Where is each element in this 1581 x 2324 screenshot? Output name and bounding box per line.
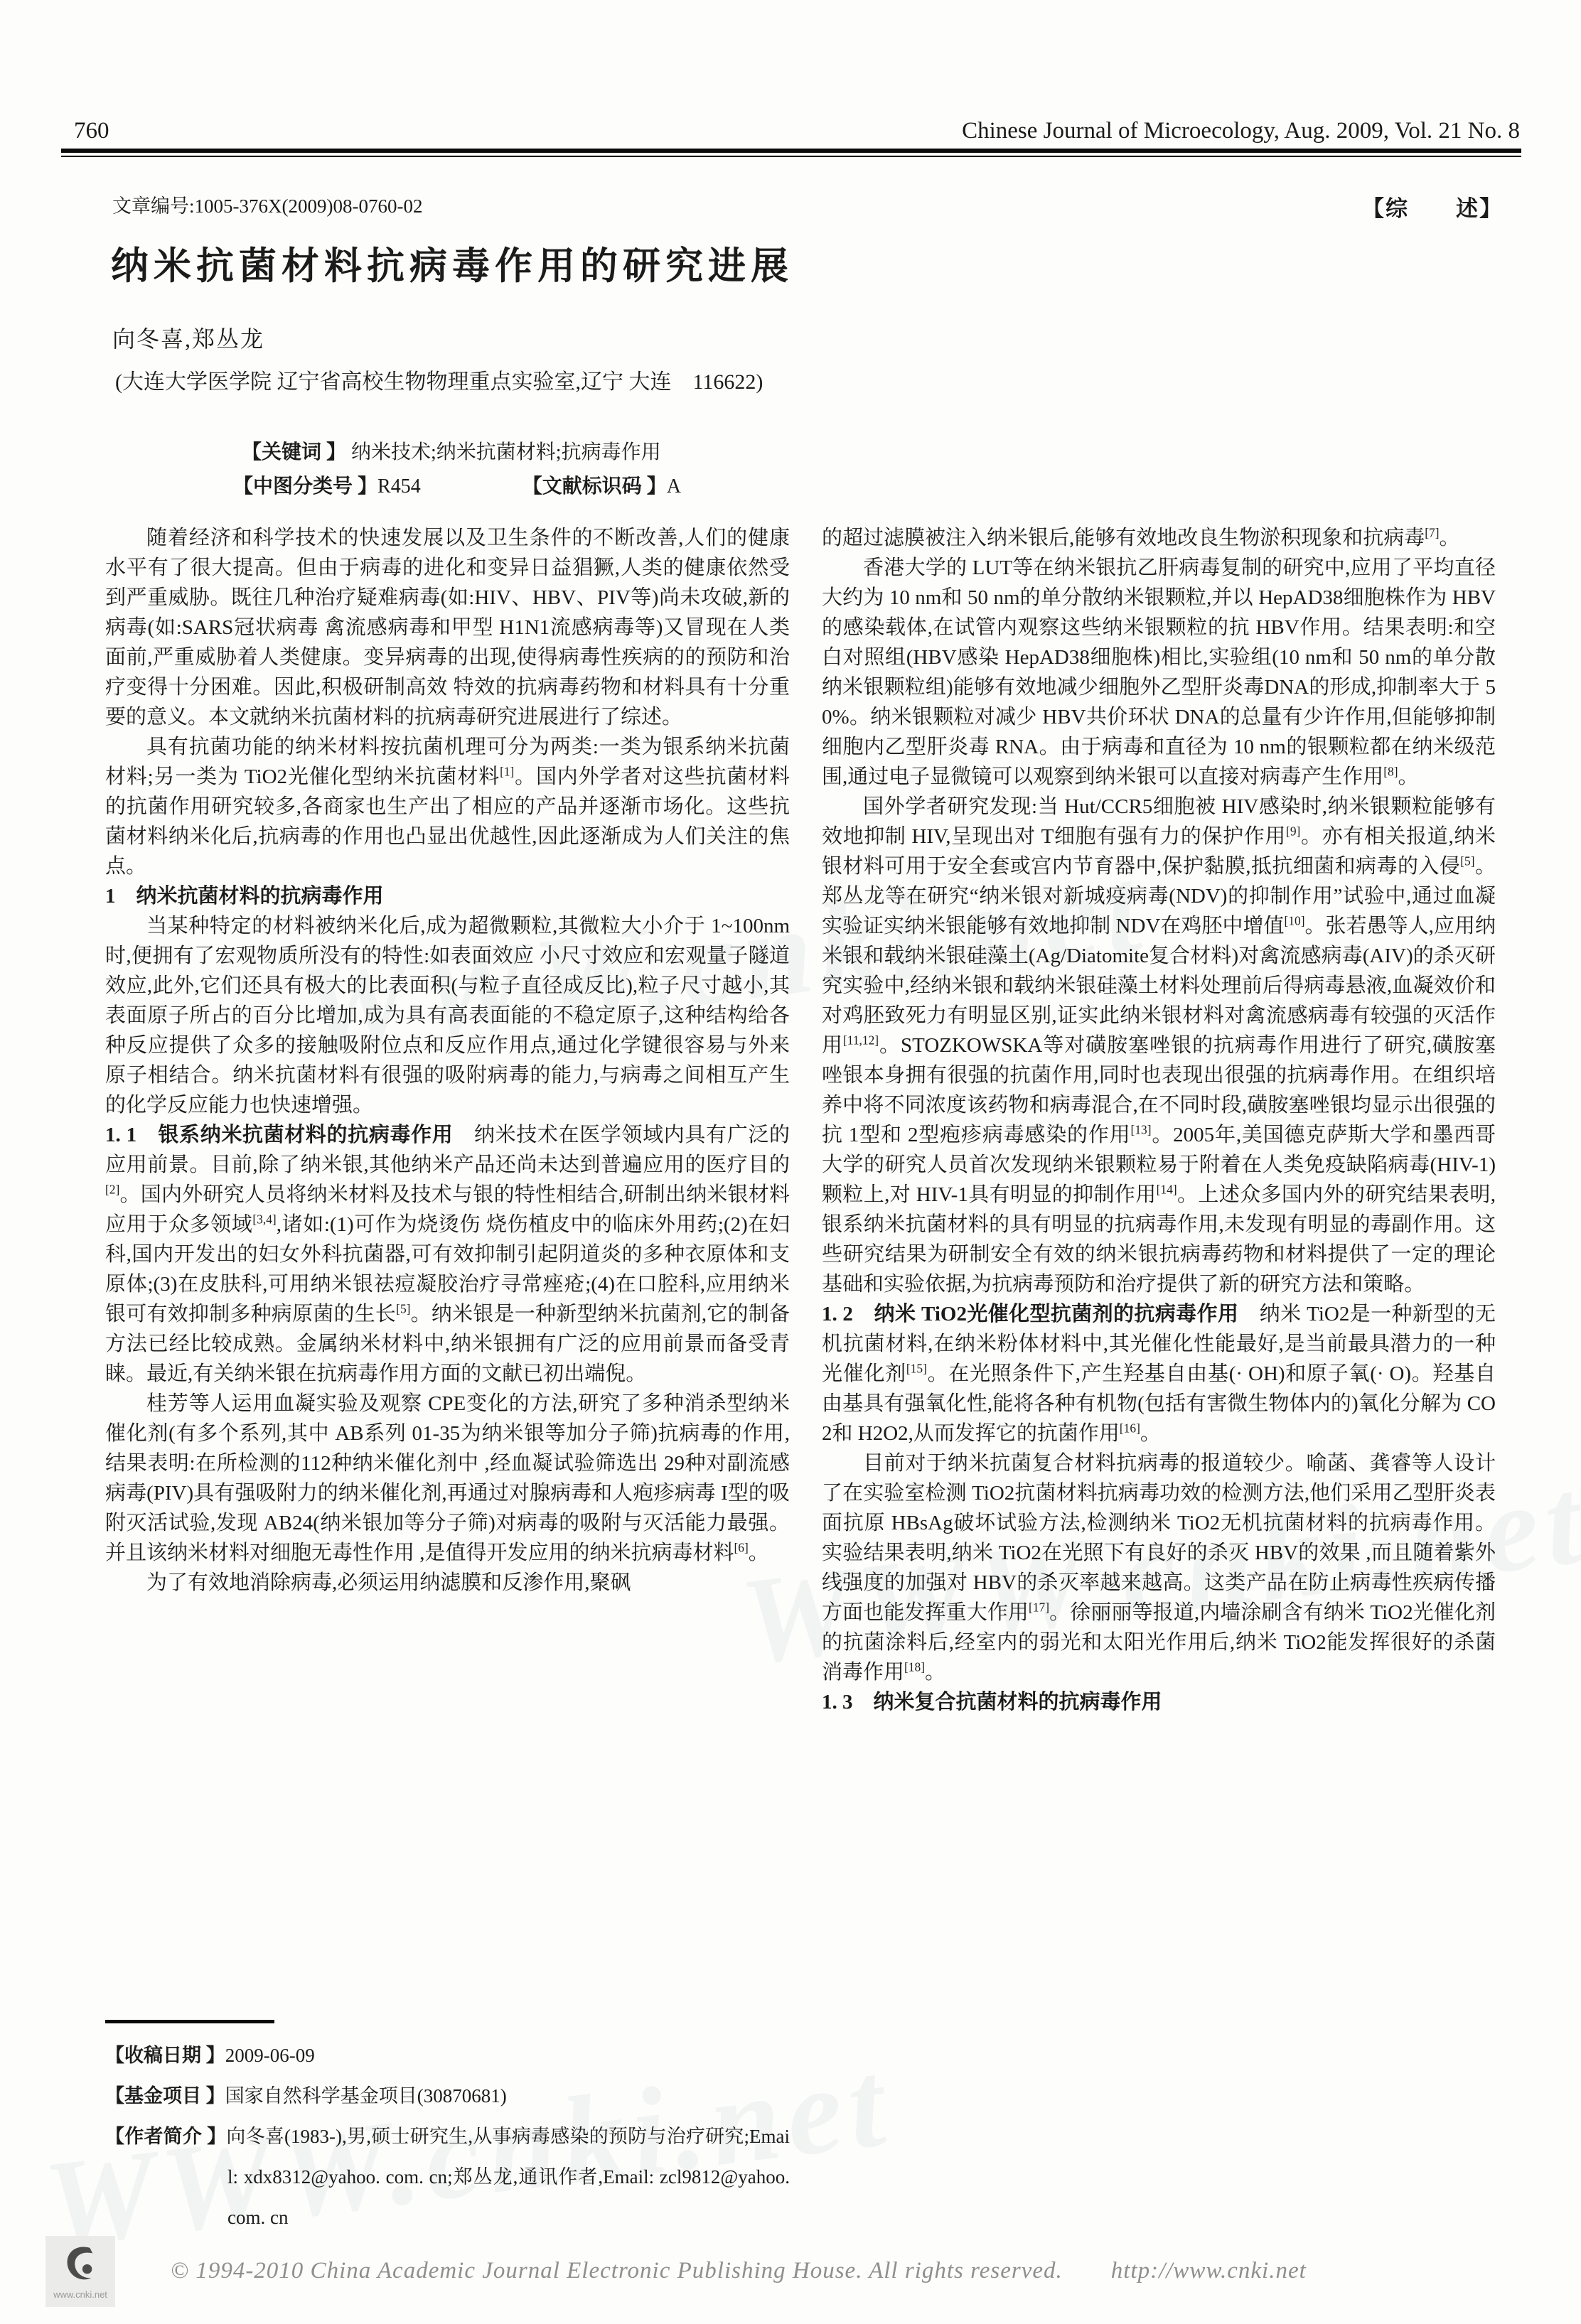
keywords-text: 纳米技术;纳米抗菌材料;抗病毒作用 bbox=[351, 441, 661, 463]
footnote-bio: 【作者简介 】向冬喜(1983-),男,硕士研究生,从事病毒感染的预防与治疗研究… bbox=[105, 2116, 790, 2238]
clc-label: 【中图分类号 】 bbox=[233, 475, 377, 497]
paragraph-text: 纳米技术在医学领域内具有广泛的应用前景。目前,除了纳米银,其他纳米产品还尚未达到… bbox=[105, 1124, 790, 1385]
keywords-label: 【关键词 】 bbox=[242, 441, 346, 463]
left-column: 随着经济和科学技术的快速发展以及卫生条件的不断改善,人们的健康水平有了很大提高。… bbox=[105, 523, 790, 1598]
doc-code-value: A bbox=[667, 475, 681, 497]
paragraph: 1. 2 纳米 TiO2光催化型抗菌剂的抗病毒作用 纳米 TiO2是一种新型的无… bbox=[822, 1299, 1496, 1448]
footnote-received: 【收稿日期 】2009-06-09 bbox=[105, 2035, 790, 2076]
received-date-value: 2009-06-09 bbox=[225, 2045, 315, 2066]
meta-row: 文章编号:1005-376X(2009)08-0760-02 【综 述】 bbox=[112, 190, 1503, 222]
footnote-fund: 【基金项目 】国家自然科学基金项目(30870681) bbox=[105, 2076, 790, 2116]
paragraph: 香港大学的 LUT等在纳米银抗乙肝病毒复制的研究中,应用了平均直径大约为 10 … bbox=[822, 553, 1496, 792]
section-heading-1-3: 1. 3 纳米复合抗菌材料的抗病毒作用 bbox=[822, 1687, 1496, 1717]
right-column: 的超过滤膜被注入纳米银后,能够有效地改良生物淤积现象和抗病毒[7]。 香港大学的… bbox=[822, 523, 1496, 1717]
author-bio-value: 向冬喜(1983-),男,硕士研究生,从事病毒感染的预防与治疗研究;Email:… bbox=[226, 2126, 790, 2228]
running-head: 760 Chinese Journal of Microecology, Aug… bbox=[74, 118, 1520, 144]
header-rule-thick bbox=[61, 149, 1521, 153]
paragraph: 目前对于纳米抗菌复合材料抗病毒的报道较少。喻菡、龚睿等人设计了在实验室检测 Ti… bbox=[822, 1448, 1496, 1687]
section-heading-1: 1 纳米抗菌材料的抗病毒作用 bbox=[105, 881, 790, 911]
paragraph: 1. 1 银系纳米抗菌材料的抗病毒作用 纳米技术在医学领域内具有广泛的应用前景。… bbox=[105, 1120, 790, 1389]
cnki-logo-caption: www.cnki.net bbox=[53, 2289, 107, 2300]
classification-row: 【中图分类号 】R454 【文献标识码 】A bbox=[233, 470, 681, 499]
paragraph: 为了有效地消除病毒,必须运用纳滤膜和反渗作用,聚砜 bbox=[105, 1568, 790, 1598]
footnote-block: 【收稿日期 】2009-06-09 【基金项目 】国家自然科学基金项目(3087… bbox=[105, 2035, 790, 2238]
journal-page: WWW.cnki.net WWW.cnki.net WWW.cnki.net 7… bbox=[0, 0, 1581, 2324]
category-badge: 【综 述】 bbox=[1362, 190, 1503, 222]
paragraph: 具有抗菌功能的纳米材料按抗菌机理可分为两类:一类为银系纳米抗菌材料;另一类为 T… bbox=[105, 732, 790, 881]
author-bio-label: 【作者简介 】 bbox=[105, 2126, 226, 2147]
paragraph: 当某种特定的材料被纳米化后,成为超微颗粒,其微粒大小介于 1~100nm时,便拥… bbox=[105, 911, 790, 1120]
paragraph: 桂芳等人运用血凝实验及观察 CPE变化的方法,研究了多种消杀型纳米催化剂(有多个… bbox=[105, 1389, 790, 1568]
header-rule-thin bbox=[61, 156, 1521, 157]
copyright-line: © 1994-2010 China Academic Journal Elect… bbox=[171, 2252, 1307, 2285]
doc-code-label: 【文献标识码 】 bbox=[522, 475, 667, 497]
section-heading-1-1: 1. 1 银系纳米抗菌材料的抗病毒作用 bbox=[105, 1124, 453, 1146]
footnote-rule bbox=[105, 2020, 274, 2023]
section-heading-1-2: 1. 2 纳米 TiO2光催化型抗菌剂的抗病毒作用 bbox=[822, 1303, 1238, 1325]
fund-label: 【基金项目 】 bbox=[105, 2085, 225, 2107]
paragraph: 的超过滤膜被注入纳米银后,能够有效地改良生物淤积现象和抗病毒[7]。 bbox=[822, 523, 1496, 553]
article-number: 文章编号:1005-376X(2009)08-0760-02 bbox=[112, 190, 422, 222]
paragraph: 国外学者研究发现:当 Hut/CCR5细胞被 HIV感染时,纳米银颗粒能够有效地… bbox=[822, 792, 1496, 1299]
cnki-logo: www.cnki.net bbox=[45, 2236, 115, 2307]
fund-value: 国家自然科学基金项目(30870681) bbox=[225, 2085, 507, 2107]
journal-title-line: Chinese Journal of Microecology, Aug. 20… bbox=[962, 118, 1520, 144]
affiliation: (大连大学医学院 辽宁省高校生物物理重点实验室,辽宁 大连 116622) bbox=[115, 364, 763, 395]
received-date-label: 【收稿日期 】 bbox=[105, 2045, 225, 2066]
paragraph: 随着经济和科学技术的快速发展以及卫生条件的不断改善,人们的健康水平有了很大提高。… bbox=[105, 523, 790, 732]
cnki-logo-icon bbox=[63, 2243, 98, 2288]
paper-title: 纳米抗菌材料抗病毒作用的研究进展 bbox=[111, 236, 793, 290]
clc-value: R454 bbox=[377, 475, 421, 497]
page-number: 760 bbox=[74, 118, 109, 144]
keywords-row: 【关键词 】 纳米技术;纳米抗菌材料;抗病毒作用 bbox=[242, 436, 661, 465]
authors: 向冬喜,郑丛龙 bbox=[112, 321, 264, 354]
